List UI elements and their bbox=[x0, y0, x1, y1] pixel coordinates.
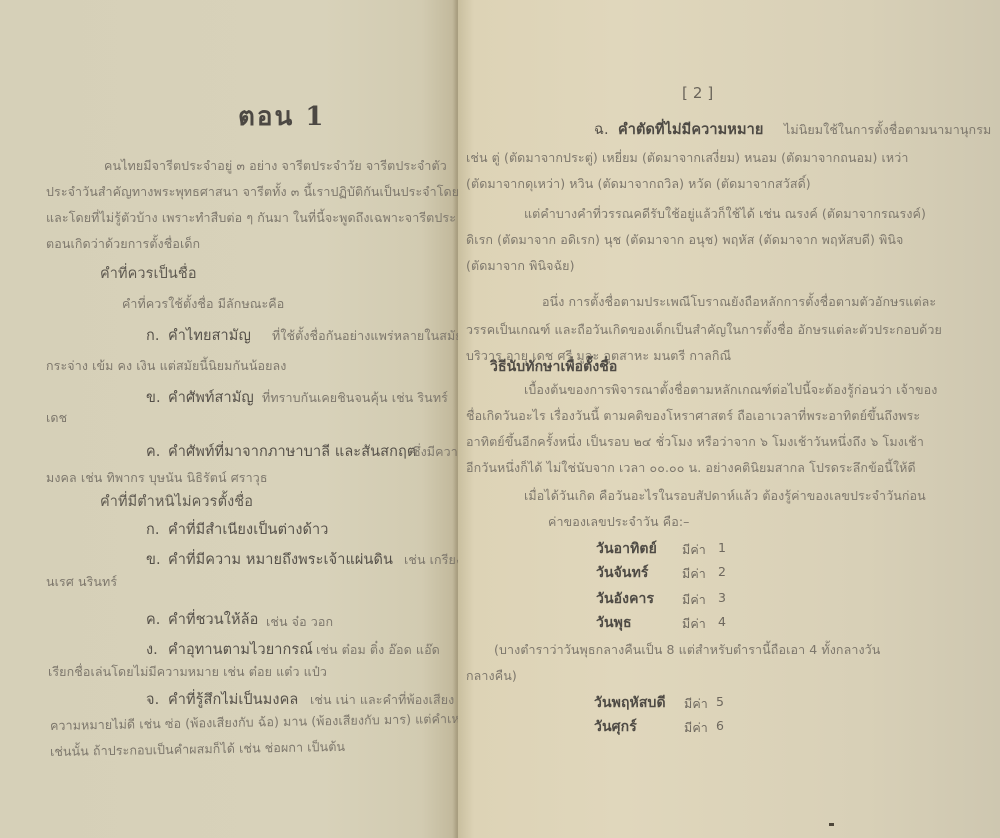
value-label: มีค่า bbox=[682, 564, 706, 584]
day-value: 2 bbox=[718, 564, 726, 579]
item-text: เช่น เกรียง bbox=[404, 550, 458, 570]
intro-line: ประจำวันสำคัญทางพระพุทธศาสนา จารีตทั้ง ๓… bbox=[46, 182, 458, 202]
section-heading-method: วิธีนับทักษาเพื่อตั้งชื่อ bbox=[490, 356, 617, 378]
paragraph-line: วรรคเป็นเกณฑ์ และถือวันเกิดของเด็กเป็นสำ… bbox=[466, 320, 942, 340]
item-heading: คำไทยสามัญ bbox=[168, 324, 251, 347]
paragraph-line: อาทิตย์ขึ้นอีกครั้งหนึ่ง เป็นรอบ ๒๔ ชั่ว… bbox=[466, 432, 924, 452]
day-name: วันพฤหัสบดี bbox=[594, 692, 666, 714]
day-value: 4 bbox=[718, 614, 726, 629]
item-marker: ข. bbox=[146, 386, 161, 409]
item-continuation: (ตัดมาจากดุเหว่า) หวิน (ตัดมาจากถวิล) หว… bbox=[466, 174, 811, 194]
item-continuation: เช่น ตู่ (ตัดมาจากประตู่) เหยี่ยม (ตัดมา… bbox=[466, 148, 909, 168]
right-page: [ 2 ] ฉ. คำตัดที่ไม่มีความหมาย ไม่นิยมใช… bbox=[458, 0, 1000, 838]
item-heading: คำศัพท์สามัญ bbox=[168, 386, 254, 409]
values-lead: ค่าของเลขประจำวัน คือ:– bbox=[548, 512, 690, 532]
item-marker: ก. bbox=[146, 518, 160, 541]
intro-line: คนไทยมีจารีตประจำอยู่ ๓ อย่าง จารีตประจำ… bbox=[104, 156, 447, 176]
paragraph-line: ดิเรก (ตัดมาจาก อดิเรก) นุช (ตัดมาจาก อน… bbox=[466, 230, 903, 250]
day-name: วันจันทร์ bbox=[596, 562, 649, 584]
item-continuation: ความหมายไม่ดี เช่น ซ่อ (พ้องเสียงกับ ฉ้อ… bbox=[50, 709, 458, 736]
paragraph-line: เมื่อได้วันเกิด คือวันอะไรในรอบสัปดาห์แล… bbox=[524, 486, 926, 506]
item-heading: คำที่มีสำเนียงเป็นต่างด้าว bbox=[168, 518, 329, 541]
item-continuation: เดช bbox=[46, 408, 67, 428]
day-name: วันอังคาร bbox=[596, 588, 654, 610]
section-heading-good-names: คำที่ควรเป็นชื่อ bbox=[100, 262, 197, 285]
item-continuation: นเรศ นรินทร์ bbox=[46, 572, 117, 592]
item-marker: ฉ. bbox=[594, 118, 609, 141]
note-line: (บางตำราว่าวันพุธกลางคืนเป็น 8 แต่สำหรับ… bbox=[494, 640, 880, 660]
chapter-title: ตอน 1 bbox=[238, 96, 325, 137]
day-value: 6 bbox=[716, 718, 724, 733]
item-marker: ก. bbox=[146, 324, 160, 347]
item-text: เช่น เน่า และคำที่พ้องเสียง bbox=[310, 690, 454, 710]
item-heading: คำที่มีความ หมายถึงพระเจ้าแผ่นดิน bbox=[168, 548, 393, 571]
item-marker: ค. bbox=[146, 440, 161, 463]
paragraph-line: แต่คำบางคำที่วรรณคดีรับใช้อยู่แล้วก็ใช้ไ… bbox=[524, 204, 926, 224]
item-text: ที่ใช้ตั้งชื่อกันอย่างแพร่หลายในสมัย bbox=[272, 326, 458, 346]
item-text: ที่ทราบกันเคยชินจนคุ้น เช่น รินทร์ bbox=[262, 388, 448, 408]
day-value: 5 bbox=[716, 694, 724, 709]
item-heading: คำที่รู้สึกไม่เป็นมงคล bbox=[168, 688, 298, 711]
paragraph-line: อีกวันหนึ่งก็ได้ ไม่ใช่นับจาก เวลา ๐๐.๐๐… bbox=[466, 458, 916, 478]
item-marker: ง. bbox=[146, 638, 158, 661]
book-spread: ตอน 1 คนไทยมีจารีตประจำอยู่ ๓ อย่าง จารี… bbox=[0, 0, 1000, 838]
item-heading: คำศัพท์ที่มาจากภาษาบาลี และสันสกฤต bbox=[168, 440, 416, 463]
value-label: มีค่า bbox=[684, 718, 708, 738]
item-continuation: เช่นนั้น ถ้าประกอบเป็นคำผสมก็ได้ เช่น ช่… bbox=[50, 737, 345, 762]
item-continuation: กระจ่าง เข้ม คง เงิน แต่สมัยนี้นิยมกันน้… bbox=[46, 356, 286, 376]
item-marker: ค. bbox=[146, 608, 161, 631]
section-lead: คำที่ควรใช้ตั้งชื่อ มีลักษณะคือ bbox=[122, 294, 284, 314]
day-name: วันพุธ bbox=[596, 612, 632, 634]
item-heading: คำอุทานตามไวยากรณ์ bbox=[168, 638, 313, 661]
item-text: เช่น จ๋อ วอก bbox=[266, 612, 333, 632]
value-label: มีค่า bbox=[682, 614, 706, 634]
paragraph-line: เบื้องต้นของการพิจารณาตั้งชื่อตามหลักเกณ… bbox=[524, 380, 938, 400]
item-marker: ข. bbox=[146, 548, 161, 571]
day-name: วันศุกร์ bbox=[594, 716, 637, 738]
item-continuation: เรียกชื่อเล่นโดยไม่มีความหมาย เช่น ต๋อย … bbox=[48, 662, 327, 682]
item-marker: จ. bbox=[146, 688, 159, 711]
item-heading: คำตัดที่ไม่มีความหมาย bbox=[618, 118, 763, 141]
item-heading: คำที่ชวนให้ล้อ bbox=[168, 608, 258, 631]
value-label: มีค่า bbox=[682, 540, 706, 560]
paragraph-line: (ตัดมาจาก พินิจฉัย) bbox=[466, 256, 575, 276]
paper-speck bbox=[829, 823, 834, 826]
value-label: มีค่า bbox=[682, 590, 706, 610]
day-value: 3 bbox=[718, 590, 726, 605]
day-value: 1 bbox=[718, 540, 726, 555]
item-text: ไม่นิยมใช้ในการตั้งชื่อตามนามานุกรม bbox=[784, 120, 991, 140]
value-label: มีค่า bbox=[684, 694, 708, 714]
page-number: [ 2 ] bbox=[682, 84, 713, 102]
item-continuation: มงคล เช่น ทิพากร บุษนัน นิธิรัตน์ ศราวุธ bbox=[46, 468, 268, 488]
day-name: วันอาทิตย์ bbox=[596, 538, 657, 560]
intro-line: ตอนเกิดว่าด้วยการตั้งชื่อเด็ก bbox=[46, 234, 200, 254]
item-text: เช่น ต๋อม ติ๋ง อ๊อด แอ๊ด bbox=[316, 640, 440, 660]
intro-line: และโดยที่ไม่รู้ตัวบ้าง เพราะทำสืบต่อ ๆ ก… bbox=[46, 208, 456, 228]
paragraph-line: อนึ่ง การตั้งชื่อตามประเพณีโบราณยังถือหล… bbox=[542, 292, 936, 312]
section-heading-bad-names: คำที่มีตำหนิไม่ควรตั้งชื่อ bbox=[100, 490, 253, 513]
note-line: กลางคืน) bbox=[466, 666, 517, 686]
paragraph-line: ชื่อเกิดวันอะไร เรื่องวันนี้ ตามคติของโห… bbox=[466, 406, 920, 426]
left-page: ตอน 1 คนไทยมีจารีตประจำอยู่ ๓ อย่าง จารี… bbox=[0, 0, 458, 838]
